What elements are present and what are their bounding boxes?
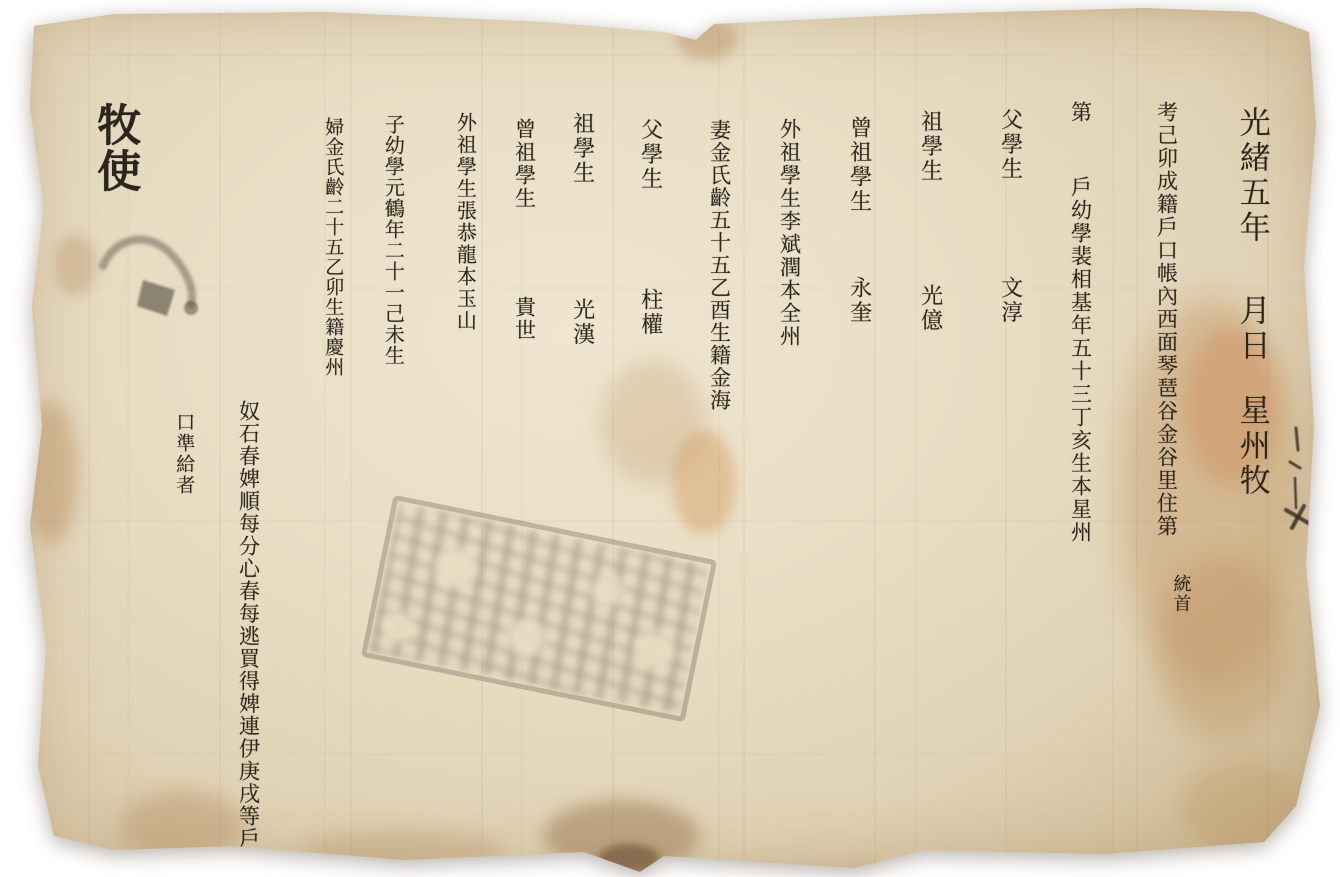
official-seal-stamp bbox=[361, 495, 717, 722]
great-grandfather-text-0: 曾祖學生 bbox=[847, 116, 872, 214]
ink-smudge-mark bbox=[95, 228, 205, 328]
slaves-text-0: 奴石春婢順每分心春每逃買得婢連伊庚戌等戶 bbox=[237, 400, 261, 850]
wife-maternal-grandfather-text-0: 外祖學生張恭龍本玉山 bbox=[453, 112, 477, 332]
paper-stain bbox=[1180, 760, 1302, 852]
paper-sheet: 光緒五年月日星州牧考己卯成籍戶口帳內西面琴琶谷金谷里住第統首第戶幼學裴相基年五十… bbox=[24, 6, 1324, 872]
certification-text-0: 口準給者 bbox=[173, 412, 195, 496]
grandfather-text-1: 光億 bbox=[918, 284, 943, 333]
registry-statement-column: 考己卯成籍戶口帳內西面琴琶谷金谷里住第統首 bbox=[1154, 101, 1178, 614]
wife-grandfather-column: 祖學生光漢 bbox=[569, 112, 594, 347]
grandfather-text-0: 祖學生 bbox=[918, 110, 943, 184]
date-and-office-column: 光緒五年月日星州牧 bbox=[1234, 106, 1269, 499]
registry-statement-text-0: 考己卯成籍戶口帳內西面琴琶谷金谷里住第 bbox=[1155, 101, 1179, 538]
household-head-text-0: 第 bbox=[1069, 101, 1093, 124]
certification-column: 口準給者 bbox=[173, 412, 194, 496]
maternal-grandfather-column: 外祖學生李斌潤本全州 bbox=[777, 118, 801, 348]
slaves-column: 奴石春婢順每分心春每逃買得婢連伊庚戌等戶 bbox=[236, 400, 260, 850]
wife-maternal-grandfather-column: 外祖學生張恭龍本玉山 bbox=[454, 112, 476, 332]
paper-stain bbox=[672, 430, 736, 534]
father-text-1: 文淳 bbox=[998, 276, 1023, 325]
wife-grandfather-text-1: 光漢 bbox=[570, 298, 595, 347]
wife-column: 妻金氏齡五十五乙酉生籍金海 bbox=[707, 119, 731, 412]
paper-stain bbox=[1120, 296, 1300, 686]
household-head-column: 第戶幼學裴相基年五十三丁亥生本星州 bbox=[1068, 101, 1092, 544]
daughter-in-law-text-0: 婦金氏齡二十五乙卯生籍慶州 bbox=[322, 117, 344, 377]
registry-statement-text-1: 統首 bbox=[1171, 574, 1192, 614]
father-text-0: 父學生 bbox=[998, 108, 1023, 182]
paper-stain bbox=[54, 234, 96, 296]
wife-great-grandfather-text-0: 曾祖學生 bbox=[513, 118, 537, 210]
date-and-office-text-2: 星州牧 bbox=[1234, 394, 1270, 499]
paper-stain bbox=[120, 790, 245, 862]
wife-text-0: 妻金氏齡五十五乙酉生籍金海 bbox=[708, 119, 732, 412]
paper-stain bbox=[598, 844, 660, 874]
edge-brush-marks bbox=[1286, 424, 1320, 534]
date-and-office-text-0: 光緒五年 bbox=[1234, 106, 1270, 246]
wife-father-text-0: 父學生 bbox=[638, 118, 663, 192]
paper-crease-texture bbox=[24, 6, 1324, 872]
daughter-in-law-column: 婦金氏齡二十五乙卯生籍慶州 bbox=[322, 117, 343, 377]
father-column: 父學生文淳 bbox=[997, 108, 1022, 325]
wife-great-grandfather-column: 曾祖學生貴世 bbox=[512, 118, 536, 342]
great-grandfather-text-1: 永奎 bbox=[847, 276, 872, 325]
wife-father-text-1: 柱權 bbox=[638, 288, 663, 337]
wife-great-grandfather-text-1: 貴世 bbox=[513, 296, 537, 342]
date-and-office-text-1: 月日 bbox=[1234, 294, 1270, 364]
magistrate-title-text-0: 牧使 bbox=[89, 102, 140, 194]
paper-stain bbox=[600, 360, 704, 484]
maternal-grandfather-text-0: 外祖學生李斌潤本全州 bbox=[778, 118, 802, 348]
paper-stain bbox=[676, 18, 738, 60]
son-column: 子幼學元鶴年二十一己未生 bbox=[382, 114, 404, 366]
paper-stain bbox=[24, 400, 78, 545]
wife-grandfather-text-0: 祖學生 bbox=[570, 112, 595, 186]
paper-stain bbox=[300, 830, 505, 872]
household-head-text-1: 戶幼學裴相基年五十三丁亥生本星州 bbox=[1069, 176, 1093, 544]
great-grandfather-column: 曾祖學生永奎 bbox=[846, 116, 871, 325]
paper-stain bbox=[544, 800, 699, 872]
wife-father-column: 父學生柱權 bbox=[637, 118, 662, 337]
son-text-0: 子幼學元鶴年二十一己未生 bbox=[381, 114, 405, 366]
grandfather-column: 祖學生光億 bbox=[917, 110, 942, 333]
magistrate-title-column: 牧使 bbox=[90, 102, 139, 194]
document-photo: 光緒五年月日星州牧考己卯成籍戶口帳內西面琴琶谷金谷里住第統首第戶幼學裴相基年五十… bbox=[0, 0, 1340, 877]
